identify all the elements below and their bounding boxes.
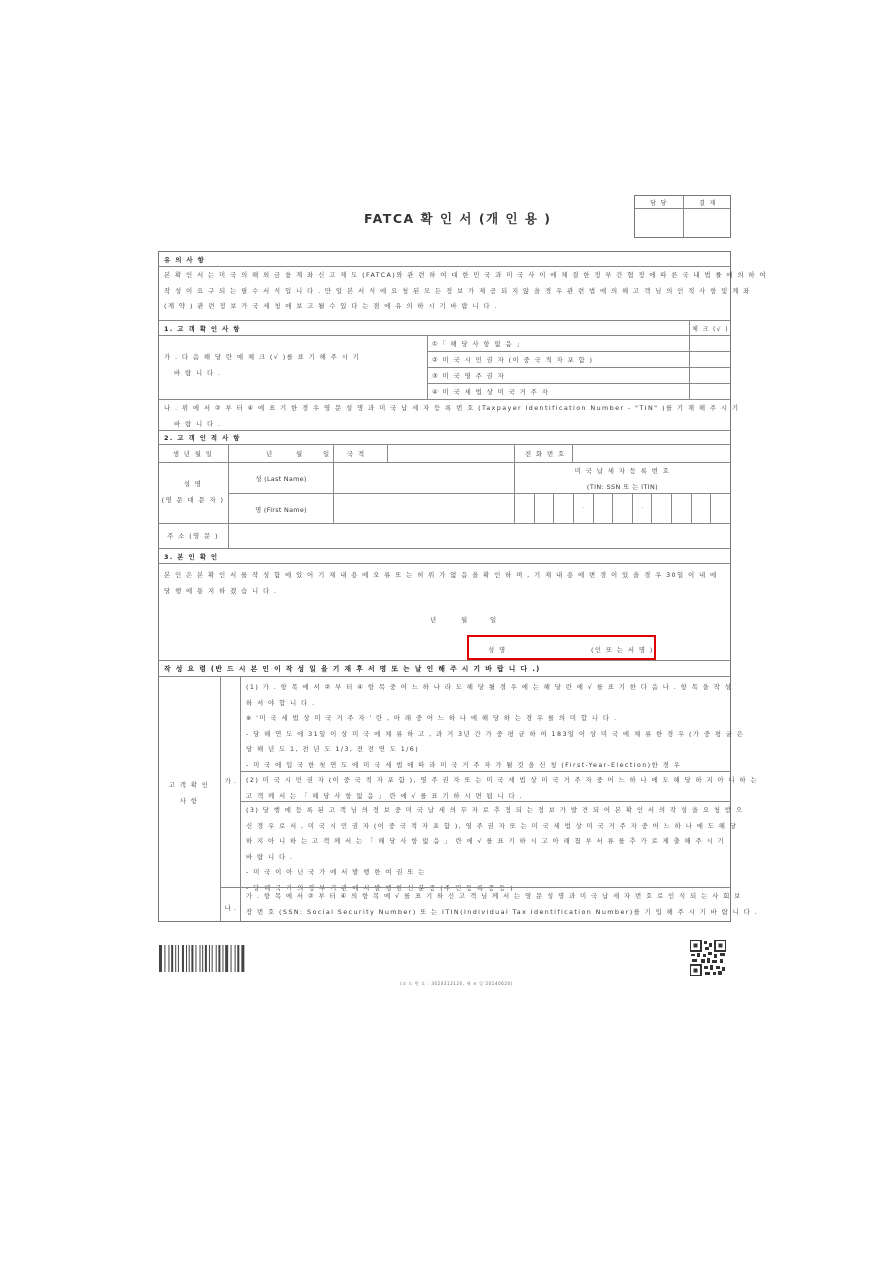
section2-heading: 2. 고 객 인 적 사 항 xyxy=(164,433,241,442)
phone-label: 전 화 번 호 xyxy=(525,449,566,458)
guide-item-na: 가 . 항 목 에 서 ② 부 터 ④ 의 항 목 에 √ 를 표 기 하 신 … xyxy=(246,889,758,920)
check-option-none[interactable] xyxy=(690,336,730,351)
option-label-green-card: ③ 미 국 영 주 권 자 xyxy=(432,371,505,380)
sign-date-field[interactable] xyxy=(400,610,510,628)
approval-box: 담 당 결 재 xyxy=(634,195,731,238)
tin-digit-field[interactable] xyxy=(671,494,691,523)
form-code-text: (코 드 번 호 : 3020312120, 제 조 일 20140620) xyxy=(400,981,513,987)
first-name-field[interactable] xyxy=(334,494,514,523)
phone-field[interactable] xyxy=(573,445,730,462)
tin-digit-field[interactable] xyxy=(534,494,554,523)
guide-side-label: 고 객 확 인 사 항 xyxy=(158,778,220,809)
tin-digit-field[interactable] xyxy=(612,494,632,523)
address-field[interactable] xyxy=(229,524,730,548)
option-label-us-resident: ④ 미 국 세 법 상 미 국 거 주 자 xyxy=(432,387,549,396)
birth-date-field[interactable] xyxy=(229,445,333,462)
check-option-green-card[interactable] xyxy=(690,368,730,383)
first-name-label: 명 (First Name) xyxy=(229,505,333,514)
tin-digit-field[interactable] xyxy=(710,494,730,523)
section1-heading: 1. 고 객 확 인 사 항 xyxy=(164,324,241,333)
check-column-header: 체 크 (√ ) xyxy=(692,324,729,333)
signature-label: 성 명 xyxy=(488,645,507,654)
option-label-us-citizen: ② 미 국 시 민 권 자 (이 중 국 적 자 포 함 ) xyxy=(432,355,593,364)
tin-separator: · xyxy=(632,494,652,523)
signature-field[interactable] xyxy=(510,638,590,657)
last-name-field[interactable] xyxy=(334,463,514,493)
tin-digit-field[interactable] xyxy=(691,494,711,523)
tin-digit-field[interactable] xyxy=(514,494,534,523)
option-label-none: ①「 해 당 사 항 없 음 」 xyxy=(432,339,524,348)
name-label: 성 명 (영 문 대 문 자 ) xyxy=(158,477,228,508)
guide-item-3: (3) 당 행 에 등 록 된 고 객 님 의 정 보 중 미 국 납 세 의 … xyxy=(246,803,743,896)
section3-statement: 본 인 은 본 확 인 서 를 작 성 함 에 있 어 기 재 내 용 에 오 … xyxy=(164,568,718,599)
approval-header-approver: 결 재 xyxy=(684,198,732,207)
guide-na-label: 나 . xyxy=(221,903,240,912)
check-option-us-resident[interactable] xyxy=(690,384,730,399)
guide-heading: 작 성 요 령 (반 드 시 본 인 이 작 성 일 을 기 재 후 서 명 또… xyxy=(164,663,541,673)
tin-digit-field[interactable] xyxy=(553,494,573,523)
signature-hint: (인 또 는 서 명 ) xyxy=(591,645,654,654)
barcode-icon xyxy=(159,945,287,972)
section1-instruction-na: 나 . 위 에 서 ② 부 터 ④ 에 표 기 한 경 우 영 문 성 명 과 … xyxy=(164,401,739,432)
tin-digit-field[interactable] xyxy=(651,494,671,523)
notice-text: 본 확 인 서 는 미 국 의 해 외 금 융 계 좌 신 고 제 도 (FAT… xyxy=(164,268,767,315)
last-name-label: 성 (Last Name) xyxy=(229,474,333,483)
guide-item-2: (2) 미 국 시 민 권 자 (이 중 국 적 자 포 함 ), 영 주 권 … xyxy=(246,773,758,804)
tin-digit-field[interactable] xyxy=(593,494,613,523)
approval-staff-field[interactable] xyxy=(635,209,683,237)
approval-approver-field[interactable] xyxy=(684,209,730,237)
nationality-field[interactable] xyxy=(388,445,514,462)
qr-code-icon xyxy=(690,940,726,976)
section1-instruction-ga: 가 . 다 음 해 당 란 에 체 크 (√ )를 표 기 해 주 시 기 바 … xyxy=(164,350,360,381)
nationality-label: 국 적 xyxy=(347,449,366,458)
tin-label: 미 국 납 세 자 등 록 번 호 (TIN: SSN 또 는 ITIN) xyxy=(515,464,730,495)
approval-header-staff: 담 당 xyxy=(635,198,683,207)
tin-separator: · xyxy=(573,494,593,523)
tin-input-grid: ·· xyxy=(514,494,730,523)
birth-date-label: 생 년 월 일 xyxy=(158,449,228,458)
check-option-us-citizen[interactable] xyxy=(690,352,730,367)
document-title: FATCA 확 인 서 (개 인 용 ) xyxy=(364,209,552,227)
guide-item-1: (1) 가 . 항 목 에 서 ② 부 터 ④ 항 목 중 어 느 하 나 라 … xyxy=(246,680,744,773)
guide-ga-label: 가 . xyxy=(221,776,240,785)
notice-heading: 유 의 사 항 xyxy=(164,255,205,264)
section3-heading: 3. 본 인 확 인 xyxy=(164,552,218,561)
address-label: 주 소 (영 문 ) xyxy=(158,531,228,540)
